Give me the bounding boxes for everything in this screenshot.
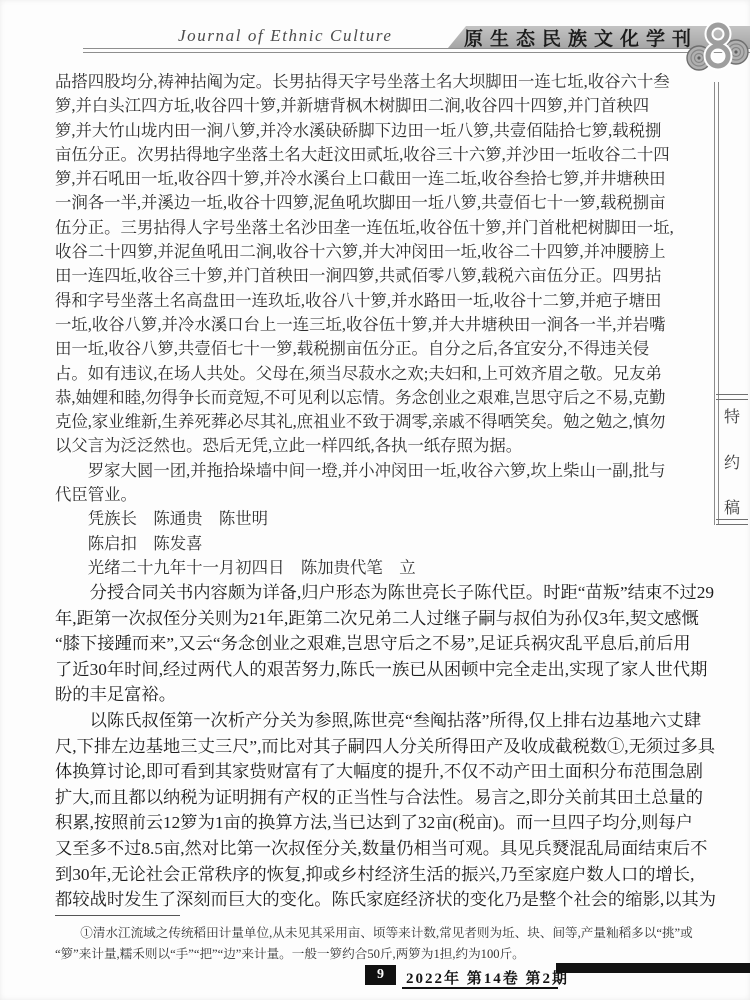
commentary-text: 分授合同关书内容颇为详备,归户形态为陈世亮长子陈代臣。时距“苗叛”结束不过29年… xyxy=(55,580,705,913)
journal-title-chinese: 原生态民族文化学刊 xyxy=(464,24,698,51)
sidebar-vertical-rule xyxy=(714,82,719,525)
contract-line: 收谷二十四箩,并泥鱼吼田二涧,收谷十六箩,并大冲闵田一坵,收谷二十四箩,并冲腰膀… xyxy=(55,240,703,264)
contract-line: 箩,并大竹山垅内田一涧八箩,并冷水溪砄硚脚下边田一坵八箩,共壹佰陆拾七箩,载税捌 xyxy=(55,119,703,143)
contract-line: 恭,妯娌和睦,勿得争长而竞短,不可见利以忘情。务念创业之艰难,岂思守后之不易,克… xyxy=(55,386,703,410)
contract-line: 一涧各一半,并溪边一坵,收谷十四箩,泥鱼吼坎脚田一坵八箩,共壹佰七十一箩,载税捌… xyxy=(55,191,703,215)
commentary-line: 分授合同关书内容颇为详备,归户形态为陈世亮长子陈代臣。时距“苗叛”结束不过29 xyxy=(55,580,705,606)
commentary-line: 盼的丰足富裕。 xyxy=(55,682,705,708)
journal-title-english: Journal of Ethnic Culture xyxy=(178,26,393,46)
commentary-line: 以陈氏叔侄第一次析产分关为参照,陈世亮“叁阄拈落”所得,仅上排右边基地六丈肆 xyxy=(55,708,705,734)
issue-info: 2022年 第14卷 第2期 xyxy=(406,967,569,988)
commentary-line: 了近30年时间,经过两代人的艰苦努力,陈氏一族已从困顿中完全走出,实现了家人世代… xyxy=(55,657,705,683)
commentary-line: 体换算讨论,即可看到其家赀财富有了大幅度的提升,不仅不动产田土面积分布范围急剧 xyxy=(55,759,705,785)
section-tab-top-rule xyxy=(716,394,748,400)
contract-line: 一坵,收谷八箩,并冷水溪口台上一连三坵,收谷伍十箩,并大井塘秧田一涧各一半,并岩… xyxy=(55,313,703,337)
contract-line: 伍分正。三男拈得人字号坐落土名沙田垄一连伍坵,收谷伍十箩,并门首枇杷树脚田一坵, xyxy=(55,216,703,240)
footnote-separator xyxy=(55,915,180,916)
contract-line: 凭族长 陈通贵 陈世明 xyxy=(55,507,703,531)
issue-underline xyxy=(402,987,558,989)
commentary-line: 到30年,无论社会正常秩序的恢复,抑或乡村经济生活的振兴,乃至家庭户数人口的增长… xyxy=(55,862,705,888)
contract-line: 罗家大囻一团,并拖拾垛墙中间一墱,并小冲闵田一坵,收谷六箩,坎上柴山一副,批与 xyxy=(55,459,703,483)
contract-line: 占。如有违议,在场人共处。父母在,须当尽菽水之欢;夫妇和,上可效齐眉之敬。兄友弟 xyxy=(55,362,703,386)
section-tab-char: 特 xyxy=(723,404,741,427)
contract-line: 陈启扣 陈发喜 xyxy=(55,532,703,556)
contract-quotation: 品搭四股均分,祷神拈阄为定。长男拈得天字号坐落土名大坝脚田一连七坵,收谷六十叁箩… xyxy=(55,70,703,580)
contract-line: 以父言为泛泛然也。恐后无凭,立此一样四纸,各执一纸存照为据。 xyxy=(55,434,703,458)
footnote-line: “箩”来计量,糯禾则以“手”“把”“边”来计量。一般一箩约合50斤,两箩为1担,… xyxy=(55,944,705,965)
commentary-line: “膝下接踵而来”,又云“务念创业之艰难,岂思守后之不易”,足证兵祸灾乱平息后,前… xyxy=(55,631,705,657)
contract-line: 箩,并白头江四方坵,收谷四十箩,并新塘背枫木树脚田二涧,收谷四十四箩,并门首秧四 xyxy=(55,94,703,118)
contract-line: 箩,并石吼田一坵,收谷四十箩,并冷水溪台上口截田一连二坵,收谷叁拾七箩,并井塘秧… xyxy=(55,167,703,191)
section-tab-char: 稿 xyxy=(723,495,741,518)
contract-line: 田一坵,收谷八箩,共壹佰七十一箩,载税捌亩伍分正。自分之后,各宜安分,不得违关侵 xyxy=(55,337,703,361)
commentary-line: 积累,按照前云12箩为1亩的换算方法,当已达到了32亩(税亩)。而一旦四子均分,… xyxy=(55,810,705,836)
commentary-line: 年,距第一次叔侄分关则为21年,距第二次兄弟二人过继子嗣与叔伯为孙仅3年,契文感… xyxy=(55,606,705,632)
contract-line: 代臣管业。 xyxy=(55,483,703,507)
footnote: ①清水江流域之传统稻田计量单位,从未见其采用亩、顷等来计数,常见者则为坵、块、间… xyxy=(55,923,705,965)
commentary-line: 尺,下排左边基地三丈三尺”,而比对其子嗣四人分关所得田产及收成截税数①,无须过多… xyxy=(55,734,705,760)
contract-line: 亩伍分正。次男拈得地字坐落土名大赶汶田贰坵,收谷三十六箩,并沙田一坵收谷二十四 xyxy=(55,143,703,167)
contract-line: 得和字号坐落土名高盘田一连玖坵,收谷八十箩,并水路田一坵,收谷十二箩,并疤子塘田 xyxy=(55,289,703,313)
section-tab-char: 约 xyxy=(723,450,741,473)
page-number: 9 xyxy=(365,965,396,985)
section-tab-bottom-rule xyxy=(716,519,748,525)
commentary-line: 都较战时发生了深刻而巨大的变化。陈氏家庭经济状的变化乃是整个社会的缩影,以其为 xyxy=(55,887,705,913)
contract-line: 光绪二十九年十一月初四日 陈加贵代笔 立 xyxy=(55,556,703,580)
footnote-line: ①清水江流域之传统稻田计量单位,从未见其采用亩、顷等来计数,常见者则为坵、块、间… xyxy=(55,923,705,944)
contract-line: 克俭,家业维新,生养死葬必尽其礼,庶祖业不致于凋零,亲戚不得哂笑矣。勉之勉之,慎… xyxy=(55,410,703,434)
commentary-line: 又至多不过8.5亩,然对比第一次叔侄分关,数量仍相当可观。具见兵燹混乱局面结束后… xyxy=(55,836,705,862)
journal-page: Journal of Ethnic Culture 原生态民族文化学刊 xyxy=(0,0,750,1000)
commentary-line: 扩大,而且都以纳税为证明拥有产权的正当性与合法性。易言之,即分关前其田土总量的 xyxy=(55,785,705,811)
footer-bar xyxy=(556,963,750,973)
contract-line: 田一连四坵,收谷三十箩,并门首秧田一涧四箩,共贰佰零八箩,载税六亩伍分正。四男拈 xyxy=(55,264,703,288)
contract-line: 品搭四股均分,祷神拈阄为定。长男拈得天字号坐落土名大坝脚田一连七坵,收谷六十叁 xyxy=(55,70,703,94)
